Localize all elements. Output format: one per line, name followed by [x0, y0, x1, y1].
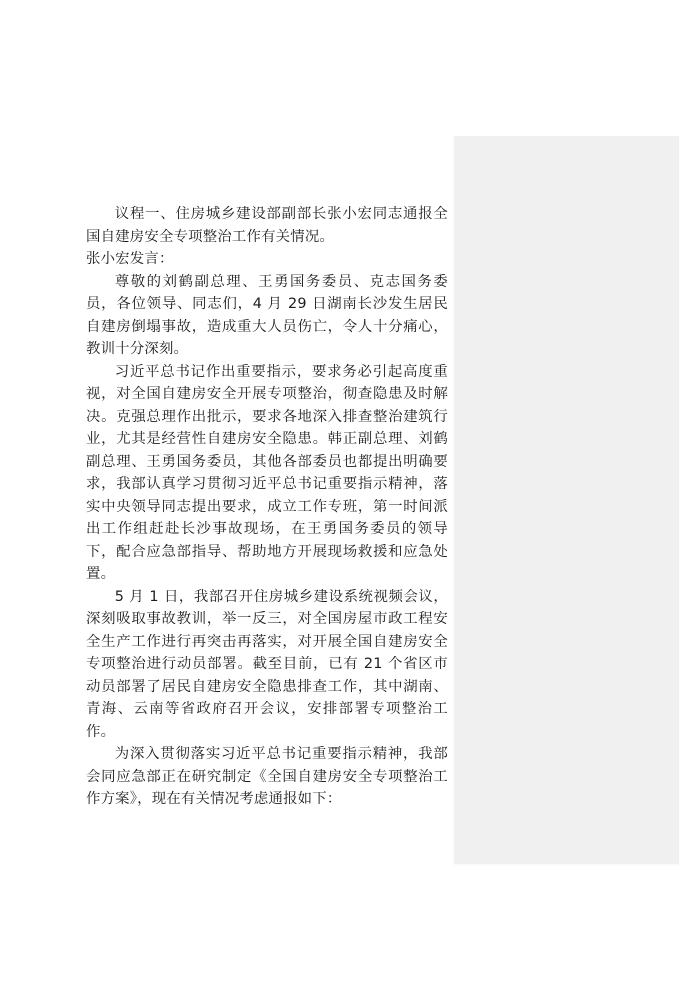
paragraph-instructions: 习近平总书记作出重要指示，要求务必引起高度重视，对全国自建房安全开展专项整治，彻…	[86, 361, 448, 586]
paragraph-work-plan: 为深入贯彻落实习近平总书记重要指示精神，我部会同应急部正在研究制定《全国自建房安…	[86, 743, 448, 811]
paragraph-greeting: 尊敬的刘鹤副总理、王勇国务委员、克志国务委员，各位领导、同志们，4 月 29 日…	[86, 271, 448, 361]
paragraph-agenda-item: 议程一、住房城乡建设部副部长张小宏同志通报全国自建房安全专项整治工作有关情况。	[86, 203, 448, 248]
document-page: 议程一、住房城乡建设部副部长张小宏同志通报全国自建房安全专项整治工作有关情况。 …	[0, 0, 700, 990]
document-body[interactable]: 议程一、住房城乡建设部副部长张小宏同志通报全国自建房安全专项整治工作有关情况。 …	[86, 203, 448, 811]
comment-margin-pane	[454, 136, 679, 864]
paragraph-speaker-label: 张小宏发言：	[86, 248, 448, 271]
paragraph-may-first-meeting: 5 月 1 日，我部召开住房城乡建设系统视频会议，深刻吸取事故教训，举一反三，对…	[86, 586, 448, 744]
